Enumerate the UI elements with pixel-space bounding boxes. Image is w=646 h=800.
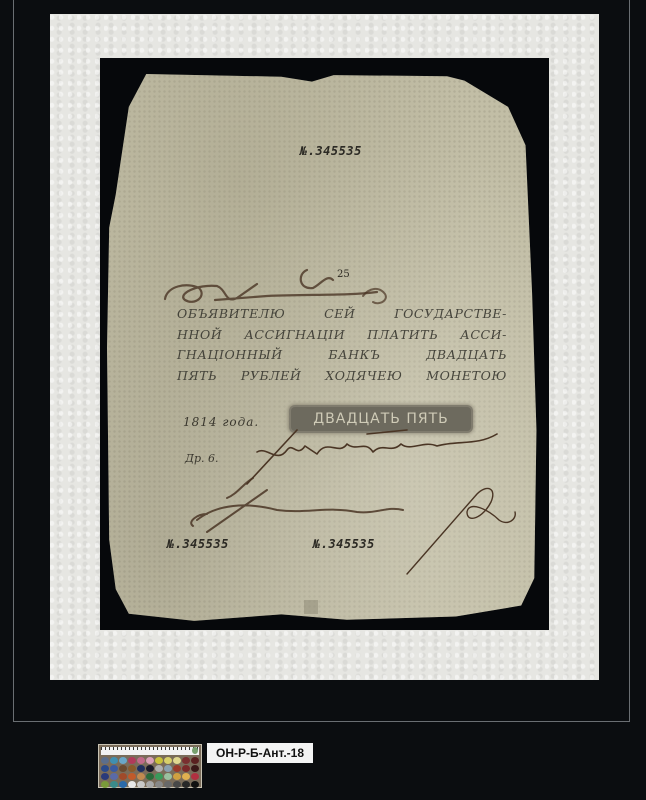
color-swatch (173, 765, 181, 772)
banknote: №.345535 25 Объявителю сей государстве- … (107, 74, 543, 622)
color-swatch (101, 781, 109, 788)
color-swatch (191, 773, 199, 780)
color-swatch (155, 757, 163, 764)
color-swatch (101, 765, 109, 772)
color-swatch (164, 757, 172, 764)
color-swatches (101, 757, 199, 788)
color-swatch (191, 765, 199, 772)
color-swatch (128, 773, 136, 780)
color-swatch (110, 765, 118, 772)
color-swatch (155, 773, 163, 780)
color-swatch (137, 765, 145, 772)
color-swatch (101, 757, 109, 764)
color-swatch (191, 781, 199, 788)
handwritten-signatures (107, 74, 543, 622)
color-swatch (119, 781, 127, 788)
color-swatch (128, 765, 136, 772)
color-swatch (155, 765, 163, 772)
top-flourish (165, 270, 377, 302)
color-swatch (119, 757, 127, 764)
color-swatch (191, 757, 199, 764)
catalog-label: ОН-Р-Б-Ант.-18 (207, 743, 313, 763)
color-swatch (182, 757, 190, 764)
color-swatch (173, 781, 181, 788)
target-logo-icon (192, 747, 198, 754)
color-swatch (119, 773, 127, 780)
color-swatch (137, 757, 145, 764)
color-swatch (101, 773, 109, 780)
signature-upper (247, 430, 497, 484)
color-swatch (164, 781, 172, 788)
color-swatch (110, 757, 118, 764)
color-swatch (110, 781, 118, 788)
color-swatch (182, 781, 190, 788)
color-swatch (146, 781, 154, 788)
color-swatch (146, 765, 154, 772)
catalog-label-text: ОН-Р-Б-Ант.-18 (216, 746, 304, 760)
color-swatch (128, 781, 136, 788)
color-swatch (182, 773, 190, 780)
color-swatch (119, 765, 127, 772)
color-swatch (155, 781, 163, 788)
color-swatch (137, 781, 145, 788)
color-swatch (182, 765, 190, 772)
color-swatch (146, 757, 154, 764)
color-swatch (164, 773, 172, 780)
signature-tail (407, 488, 515, 574)
signature-lower (191, 478, 403, 532)
scale-ruler (101, 747, 199, 755)
color-swatch (164, 765, 172, 772)
color-swatch (137, 773, 145, 780)
color-swatch (128, 757, 136, 764)
color-calibration-target (98, 744, 202, 788)
color-swatch (146, 773, 154, 780)
color-swatch (173, 757, 181, 764)
color-swatch (173, 773, 181, 780)
color-swatch (110, 773, 118, 780)
